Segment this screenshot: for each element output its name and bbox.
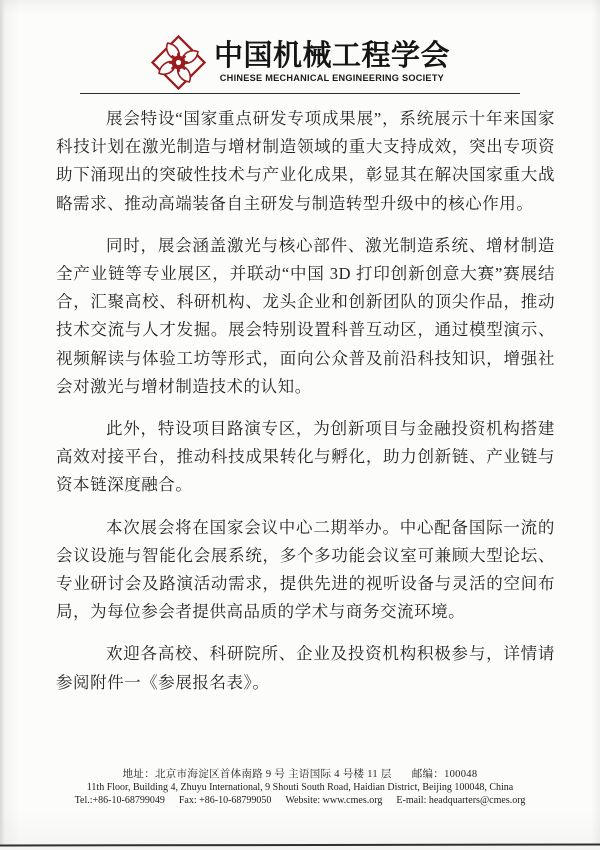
footer-address-zh: 地址：北京市海淀区首体南路 9 号 主语国际 4 号楼 11 层 <box>123 769 392 780</box>
paragraph-3: 此外，特设项目路演专区，为创新项目与金融投资机构搭建高效对接平台，推动科技成果转… <box>56 415 555 500</box>
footer-website: Website: www.cmes.org <box>285 794 382 807</box>
footer-fax: Fax: +86-10-68799050 <box>179 794 272 807</box>
logo-row: 中国机械工程学会 CHINESE MECHANICAL ENGINEERING … <box>0 33 600 92</box>
paragraph-5: 欢迎各高校、科研院所、企业及投资机构积极参与，详情请参阅附件一《参展报名表》。 <box>56 640 555 696</box>
paragraph-4: 本次展会将在国家会议中心二期举办。中心配备国际一流的会议设施与智能化会展系统，多… <box>56 514 555 627</box>
org-name-en: CHINESE MECHANICAL ENGINEERING SOCIETY <box>220 74 444 83</box>
org-names: 中国机械工程学会 CHINESE MECHANICAL ENGINEERING … <box>214 42 450 83</box>
footer-tel: Tel.:+86-10-68799049 <box>75 794 165 807</box>
header-divider <box>80 93 520 94</box>
footer-address-en: 11th Floor, Building 4, Zhuyu Internatio… <box>0 781 600 794</box>
letter-body: 展会特设“国家重点研发专项成果展”，系统展示十年来国家科技计划在激光制造与增材制… <box>56 105 555 697</box>
letterhead: 中国机械工程学会 CHINESE MECHANICAL ENGINEERING … <box>0 0 600 94</box>
document-page: 中国机械工程学会 CHINESE MECHANICAL ENGINEERING … <box>0 0 600 850</box>
paragraph-2: 同时，展会涵盖激光与核心部件、激光制造系统、增材制造全产业链等专业展区，并联动“… <box>56 232 555 401</box>
footer-postcode: 邮编：100048 <box>412 769 478 780</box>
cmes-gear-emblem-icon <box>150 34 207 91</box>
letter-footer: 地址：北京市海淀区首体南路 9 号 主语国际 4 号楼 11 层邮编：10004… <box>0 768 600 807</box>
footer-email: E-mail: headquarters@cmes.org <box>396 794 525 807</box>
footer-contact-line: Tel.:+86-10-68799049 Fax: +86-10-6879905… <box>0 794 600 807</box>
scan-edge-line <box>0 843 600 846</box>
footer-address-zh-line: 地址：北京市海淀区首体南路 9 号 主语国际 4 号楼 11 层邮编：10004… <box>0 768 600 781</box>
org-name-zh: 中国机械工程学会 <box>214 42 450 71</box>
paragraph-1: 展会特设“国家重点研发专项成果展”，系统展示十年来国家科技计划在激光制造与增材制… <box>56 105 555 218</box>
